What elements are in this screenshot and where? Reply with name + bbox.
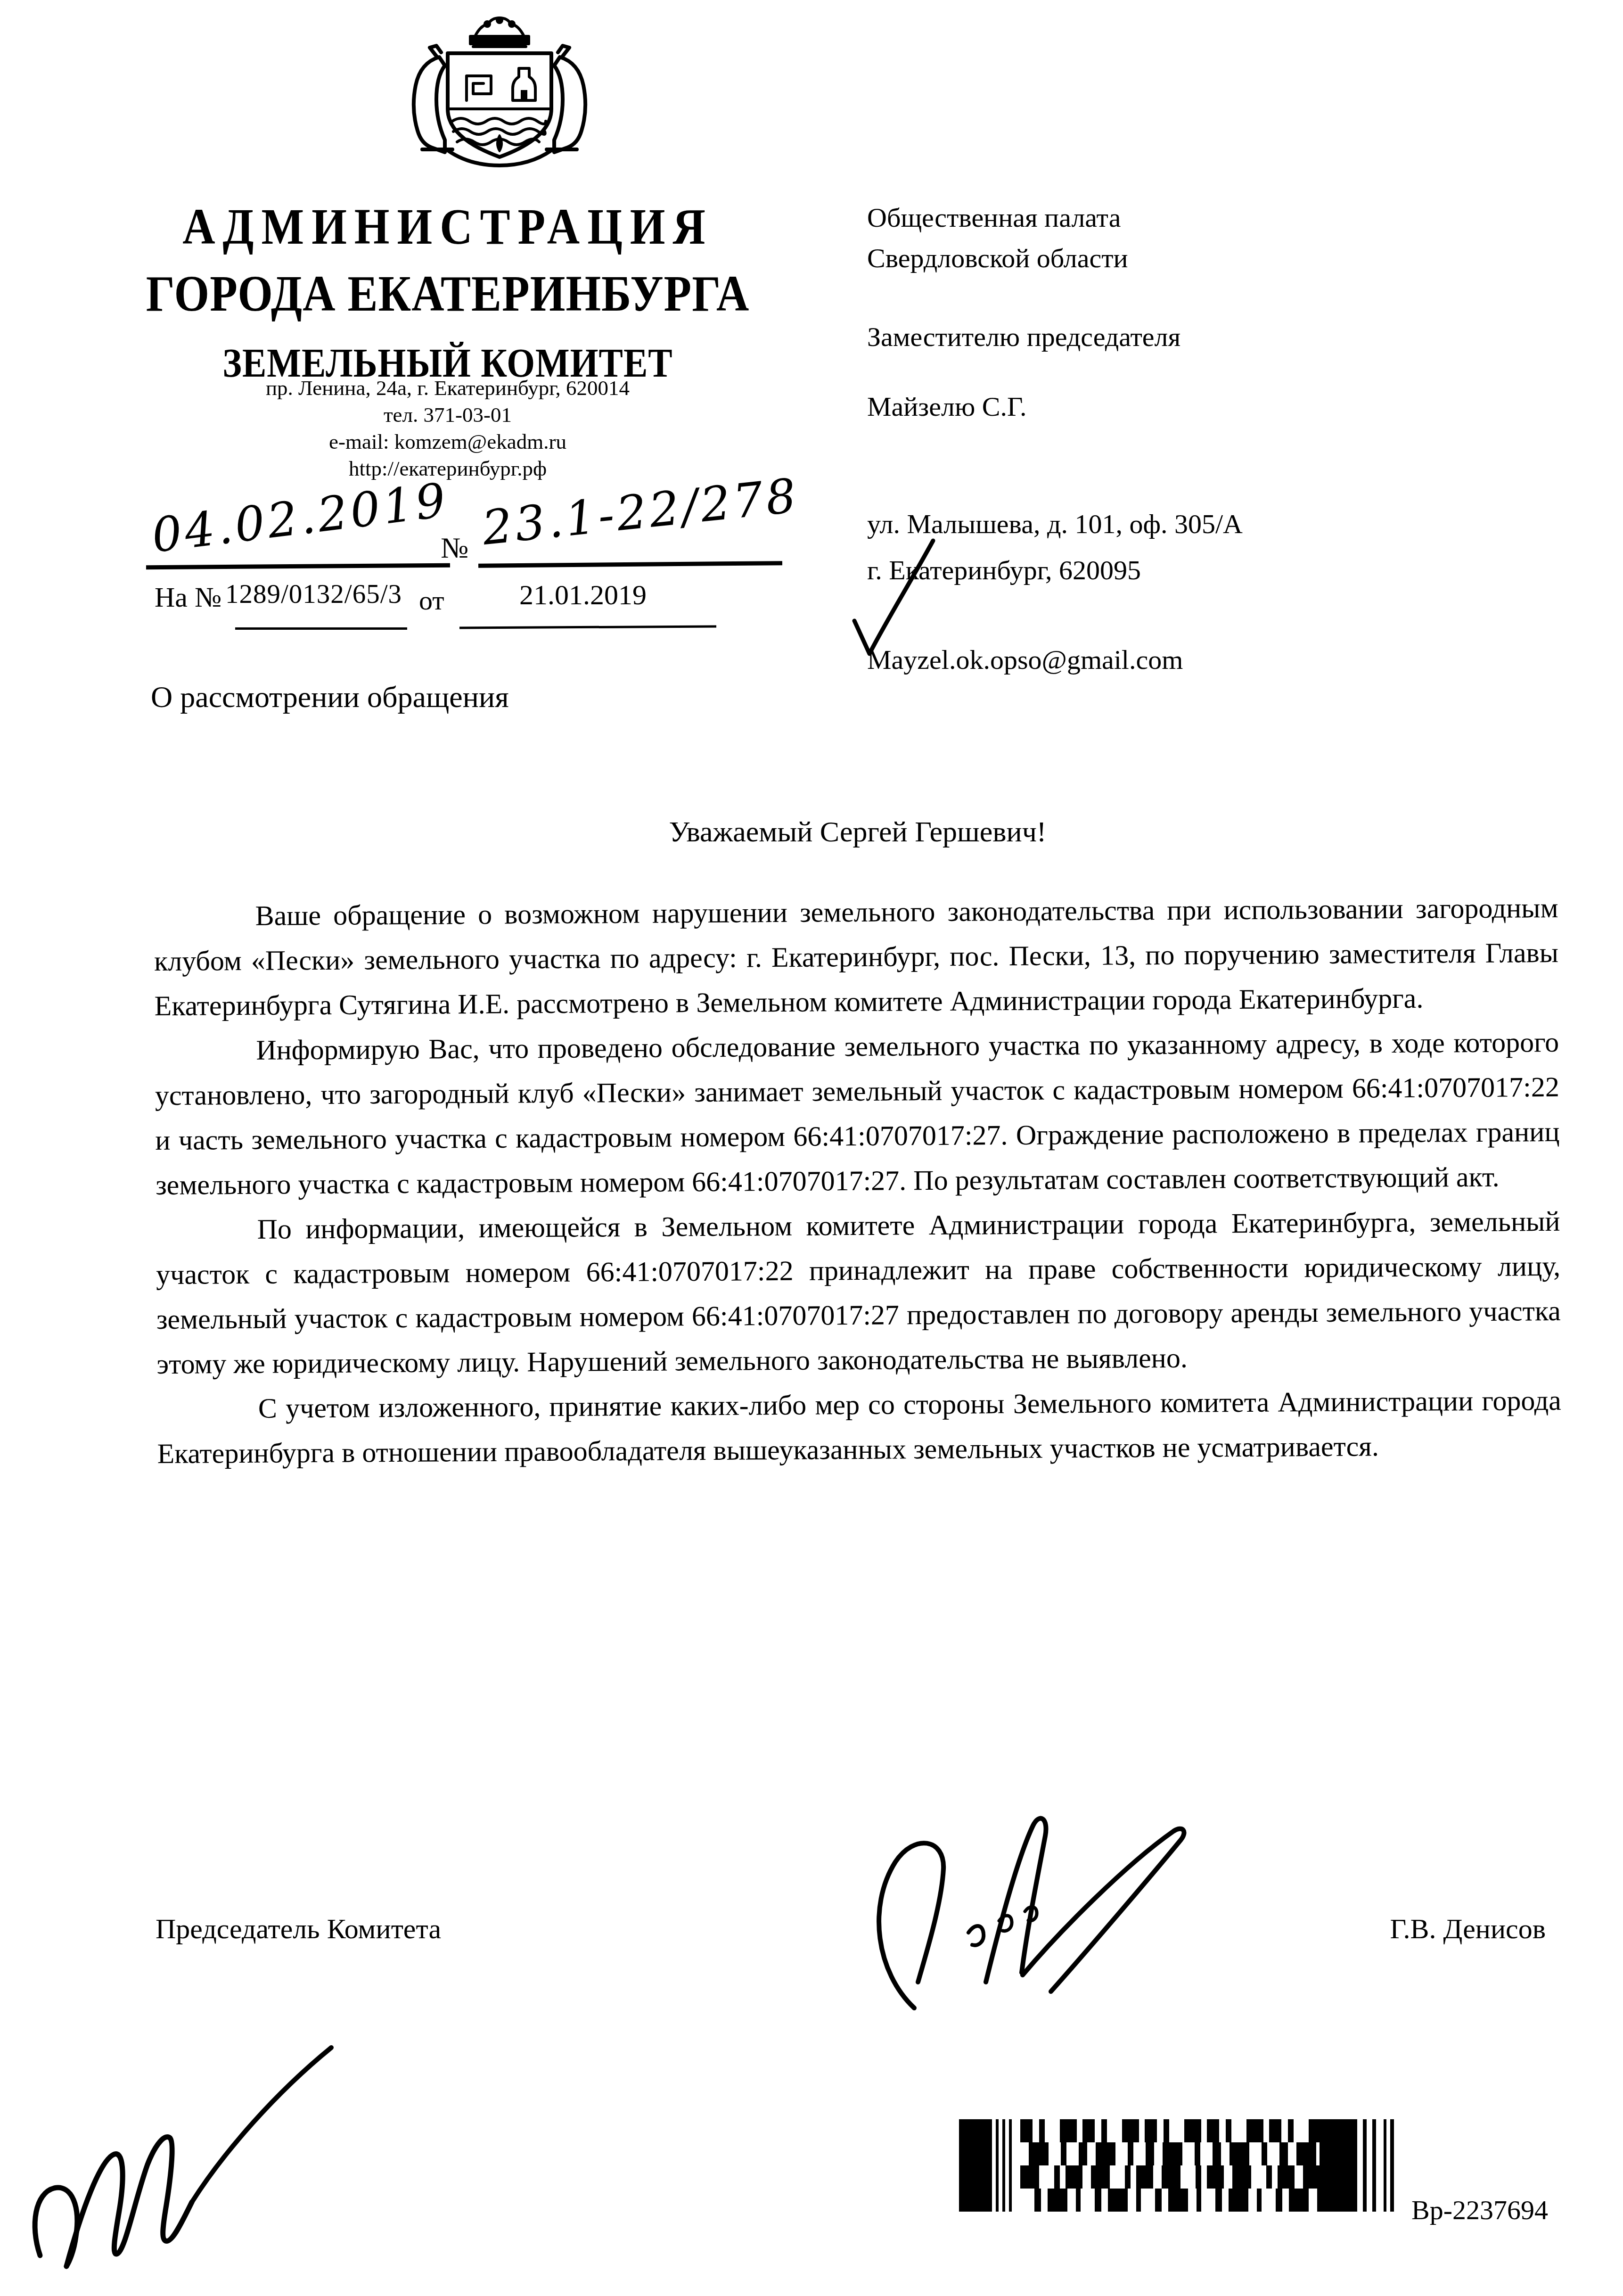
recipient-org-line2: Свердловской области: [867, 242, 1128, 274]
signer-position: Председатель Комитета: [156, 1913, 441, 1945]
scanned-letter-page: АДМИНИСТРАЦИЯ ГОРОДА ЕКАТЕРИНБУРГА ЗЕМЕЛ…: [0, 0, 1623, 2296]
recipient-org-line1: Общественная палата: [867, 202, 1121, 233]
letterhead-address: пр. Ленина, 24а, г. Екатеринбург, 620014: [132, 375, 763, 402]
barcode-icon: [959, 2119, 1397, 2212]
reply-ref-underline-right: [459, 625, 716, 629]
signature-icon: [862, 1812, 1239, 2015]
letterhead: АДМИНИСТРАЦИЯ ГОРОДА ЕКАТЕРИНБУРГА ЗЕМЕЛ…: [132, 197, 763, 387]
barcode-data-rows: [1020, 2119, 1320, 2212]
salutation: Уважаемый Сергей Гершевич!: [156, 815, 1560, 849]
number-underline: [478, 561, 782, 568]
recipient-position: Заместителю председателя: [867, 321, 1180, 353]
barcode-stop-pattern: [1320, 2119, 1397, 2212]
org-name-line1: АДМИНИСТРАЦИЯ: [132, 197, 763, 255]
date-underline: [146, 563, 450, 570]
paragraph-2: Информирую Вас, что проведено обследован…: [155, 1020, 1560, 1208]
reply-ref-number: 1289/0132/65/3: [225, 579, 402, 609]
handwritten-initials-icon: [26, 2041, 337, 2296]
number-sign-label: №: [441, 532, 468, 565]
org-name-line2: ГОРОДА ЕКАТЕРИНБУРГА: [132, 264, 763, 322]
reply-ref-date: 21.01.2019: [519, 579, 647, 611]
reply-ref-underline-left: [235, 627, 407, 630]
paragraph-1: Ваше обращение о возможном нарушении зем…: [154, 886, 1559, 1029]
subject-line: О рассмотрении обращения: [151, 680, 509, 715]
barcode-start-pattern: [959, 2119, 1020, 2212]
paragraph-3: По информации, имеющейся в Земельном ком…: [156, 1199, 1561, 1387]
reply-ref-prefix: На №: [155, 581, 221, 614]
outgoing-date-handwritten: 04.02.2019: [149, 472, 451, 563]
letter-body: Ваше обращение о возможном нарушении зем…: [154, 886, 1561, 1476]
coat-of-arms-icon: [377, 16, 622, 167]
signer-name: Г.В. Денисов: [1301, 1913, 1546, 1945]
recipient-name: Майзелю С.Г.: [867, 391, 1026, 422]
letterhead-email: e-mail: komzem@ekadm.ru: [132, 428, 763, 455]
paragraph-4: С учетом изложенного, принятие каких-либ…: [157, 1378, 1562, 1476]
letterhead-phone: тел. 371-03-01: [132, 402, 763, 428]
reply-ref-from-label: от: [419, 584, 444, 616]
handwritten-checkmark-icon: [836, 535, 940, 662]
barcode-label: Вр-2237694: [1411, 2194, 1548, 2226]
letterhead-website: http://екатеринбург.рф: [132, 455, 763, 482]
letterhead-contacts: пр. Ленина, 24а, г. Екатеринбург, 620014…: [132, 375, 763, 482]
